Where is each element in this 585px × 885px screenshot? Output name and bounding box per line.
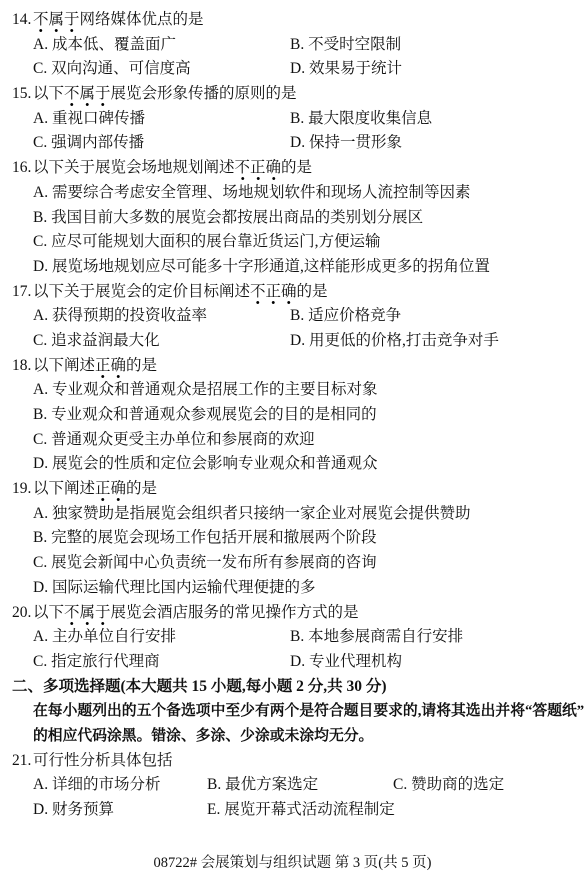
option-a: A. 需要综合考虑安全管理、场地规划软件和现场人流控制等因素	[33, 181, 573, 206]
question-number: 19.	[12, 477, 31, 502]
stem-emphasis: 不正确	[250, 283, 297, 305]
question-number: 14.	[12, 8, 31, 33]
stem-emphasis: 正确	[95, 357, 126, 379]
option-b: B. 完整的展览会现场工作包括开展和撤展两个阶段	[33, 526, 573, 551]
option-c: C. 强调内部传播	[33, 131, 290, 156]
option-a: A. 详细的市场分析	[33, 773, 207, 798]
question-stem: 19.以下阐述正确的是	[33, 477, 573, 502]
question-number: 17.	[12, 280, 31, 305]
question-17: 17.以下关于展览会的定价目标阐述不正确的是 A. 获得预期的投资收益率 B. …	[12, 280, 573, 354]
option-b: B. 专业观众和普通观众参观展览会的目的是相同的	[33, 403, 573, 428]
stem-emphasis: 不属于	[33, 11, 80, 33]
question-stem: 18.以下阐述正确的是	[33, 354, 573, 379]
options-grid: A. 主办单位自行安排 B. 本地参展商需自行安排 C. 指定旅行代理商 D. …	[33, 625, 573, 674]
options-grid: A. 重视口碑传播 B. 最大限度收集信息 C. 强调内部传播 D. 保持一贯形…	[33, 107, 573, 156]
option-b: B. 本地参展商需自行安排	[290, 625, 573, 650]
question-stem: 17.以下关于展览会的定价目标阐述不正确的是	[33, 280, 573, 305]
option-d: D. 国际运输代理比国内运输代理便捷的多	[33, 576, 573, 601]
question-number: 21.	[12, 749, 31, 774]
option-b: B. 不受时空限制	[290, 33, 573, 58]
question-16: 16.以下关于展览会场地规划阐述不正确的是 A. 需要综合考虑安全管理、场地规划…	[12, 156, 573, 279]
option-b: B. 最优方案选定	[207, 773, 393, 798]
section-2-heading: 二、多项选择题(本大题共 15 小题,每小题 2 分,共 30 分)	[12, 675, 573, 700]
stem-emphasis: 不属于	[64, 85, 111, 107]
exam-page: 14.不属于网络媒体优点的是 A. 成本低、覆盖面广 B. 不受时空限制 C. …	[0, 0, 585, 885]
option-b: B. 适应价格竞争	[290, 304, 573, 329]
question-stem: 14.不属于网络媒体优点的是	[33, 8, 573, 33]
option-c: C. 应尽可能规划大面积的展台靠近货运门,方便运输	[33, 230, 573, 255]
section-2-instructions-line-2: 的相应代码涂黑。错涂、多涂、少涂或未涂均无分。	[33, 724, 573, 749]
question-stem: 16.以下关于展览会场地规划阐述不正确的是	[33, 156, 573, 181]
option-c: C. 指定旅行代理商	[33, 650, 290, 675]
option-c: C. 双向沟通、可信度高	[33, 57, 290, 82]
option-b: B. 最大限度收集信息	[290, 107, 573, 132]
option-a: A. 独家赞助是指展览会组织者只接纳一家企业对展览会提供赞助	[33, 502, 573, 527]
options-grid: A. 详细的市场分析 B. 最优方案选定 C. 赞助商的选定 D. 财务预算 E…	[33, 773, 573, 822]
options-list: A. 专业观众和普通观众是招展工作的主要目标对象 B. 专业观众和普通观众参观展…	[33, 378, 573, 477]
stem-emphasis: 不属于	[64, 604, 111, 626]
option-a: A. 重视口碑传播	[33, 107, 290, 132]
option-c: C. 普通观众更受主办单位和参展商的欢迎	[33, 428, 573, 453]
page-footer: 08722# 会展策划与组织试题 第 3 页(共 5 页)	[0, 851, 585, 872]
question-number: 16.	[12, 156, 31, 181]
question-stem: 15.以下不属于展览会形象传播的原则的是	[33, 82, 573, 107]
option-d: D. 专业代理机构	[290, 650, 573, 675]
option-d: D. 用更低的价格,打击竞争对手	[290, 329, 573, 354]
option-c: C. 追求益润最大化	[33, 329, 290, 354]
question-19: 19.以下阐述正确的是 A. 独家赞助是指展览会组织者只接纳一家企业对展览会提供…	[12, 477, 573, 600]
options-grid: A. 获得预期的投资收益率 B. 适应价格竞争 C. 追求益润最大化 D. 用更…	[33, 304, 573, 353]
option-a: A. 获得预期的投资收益率	[33, 304, 290, 329]
option-d: D. 展览会的性质和定位会影响专业观众和普通观众	[33, 452, 573, 477]
option-d: D. 保持一贯形象	[290, 131, 573, 156]
question-number: 15.	[12, 82, 31, 107]
question-number: 18.	[12, 354, 31, 379]
question-21: 21.可行性分析具体包括 A. 详细的市场分析 B. 最优方案选定 C. 赞助商…	[12, 749, 573, 823]
stem-emphasis: 不正确	[235, 159, 282, 181]
option-e: E. 展览开幕式活动流程制定	[207, 798, 393, 823]
question-15: 15.以下不属于展览会形象传播的原则的是 A. 重视口碑传播 B. 最大限度收集…	[12, 82, 573, 156]
section-2-instructions-line-1: 在每小题列出的五个备选项中至少有两个是符合题目要求的,请将其选出并将“答题纸”	[33, 699, 573, 724]
question-20: 20.以下不属于展览会酒店服务的常见操作方式的是 A. 主办单位自行安排 B. …	[12, 601, 573, 675]
option-a: A. 主办单位自行安排	[33, 625, 290, 650]
question-stem: 21.可行性分析具体包括	[33, 749, 573, 774]
option-a: A. 成本低、覆盖面广	[33, 33, 290, 58]
options-list: A. 独家赞助是指展览会组织者只接纳一家企业对展览会提供赞助 B. 完整的展览会…	[33, 502, 573, 601]
options-list: A. 需要综合考虑安全管理、场地规划软件和现场人流控制等因素 B. 我国目前大多…	[33, 181, 573, 280]
option-c: C. 赞助商的选定	[393, 773, 573, 798]
option-a: A. 专业观众和普通观众是招展工作的主要目标对象	[33, 378, 573, 403]
question-stem: 20.以下不属于展览会酒店服务的常见操作方式的是	[33, 601, 573, 626]
stem-emphasis: 正确	[95, 480, 126, 502]
option-d: D. 财务预算	[33, 798, 207, 823]
option-d: D. 效果易于统计	[290, 57, 573, 82]
options-grid: A. 成本低、覆盖面广 B. 不受时空限制 C. 双向沟通、可信度高 D. 效果…	[33, 33, 573, 82]
option-d: D. 展览场地规划应尽可能多十字形通道,这样能形成更多的拐角位置	[33, 255, 573, 280]
option-c: C. 展览会新闻中心负责统一发布所有参展商的咨询	[33, 551, 573, 576]
question-18: 18.以下阐述正确的是 A. 专业观众和普通观众是招展工作的主要目标对象 B. …	[12, 354, 573, 477]
option-b: B. 我国目前大多数的展览会都按展出商品的类别划分展区	[33, 206, 573, 231]
question-number: 20.	[12, 601, 31, 626]
question-14: 14.不属于网络媒体优点的是 A. 成本低、覆盖面广 B. 不受时空限制 C. …	[12, 8, 573, 82]
